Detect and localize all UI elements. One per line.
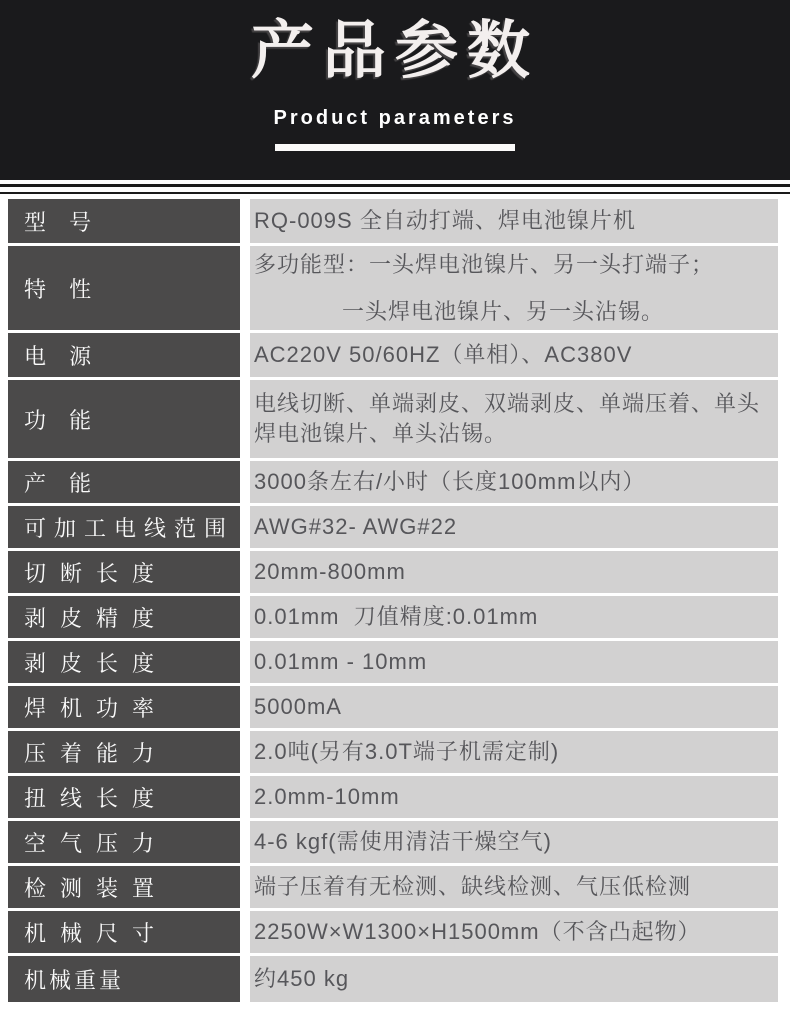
spec-value-model: RQ-009S 全自动打端、焊电池镍片机 [250,199,778,243]
product-parameters-page: 产品参数 Product parameters 型 号 RQ-009S 全自动打… [0,0,790,1011]
spec-label-features: 特 性 [8,246,240,330]
spec-label-stripping-precision: 剥皮精度 [8,596,240,638]
spec-value-dimensions: 2250W×W1300×H1500mm（不含凸起物） [250,911,778,953]
spec-label-wire-range: 可加工电线范围 [8,506,240,548]
spec-label-crimping-force: 压着能力 [8,731,240,773]
spec-label-welder-power: 焊机功率 [8,686,240,728]
spec-row-welder-power: 焊机功率 5000mA [8,686,778,728]
spec-row-crimping-force: 压着能力 2.0吨(另有3.0T端子机需定制) [8,731,778,773]
spec-value-twisting-length: 2.0mm-10mm [250,776,778,818]
spec-value-air-pressure: 4-6 kgf(需使用清洁干燥空气) [250,821,778,863]
spec-label-detection: 检测装置 [8,866,240,908]
spec-label-dimensions: 机械尺寸 [8,911,240,953]
spec-row-cutting-length: 切断长度 20mm-800mm [8,551,778,593]
spec-label-cutting-length: 切断长度 [8,551,240,593]
spec-label-power-supply: 电 源 [8,333,240,377]
spec-row-detection: 检测装置 端子压着有无检测、缺线检测、气压低检测 [8,866,778,908]
spec-value-welder-power: 5000mA [250,686,778,728]
spec-row-functions: 功 能 电线切断、单端剥皮、双端剥皮、单端压着、单头焊电池镍片、单头沾锡。 [8,380,778,458]
spec-label-functions: 功 能 [8,380,240,458]
divider-line-bottom [0,192,790,194]
features-line-2: 一头焊电池镍片、另一头沾锡。 [254,299,664,325]
spec-value-wire-range: AWG#32- AWG#22 [250,506,778,548]
page-subtitle: Product parameters [0,107,790,129]
spec-row-air-pressure: 空气压力 4-6 kgf(需使用清洁干燥空气) [8,821,778,863]
spec-row-features: 特 性 多功能型：一头焊电池镍片、另一头打端子； 一头焊电池镍片、另一头沾锡。 [8,246,778,330]
spec-row-weight: 机械重量 约450 kg [8,956,778,1002]
spec-label-weight: 机械重量 [8,956,240,1002]
spec-row-stripping-precision: 剥皮精度 0.01mm 刀值精度:0.01mm [8,596,778,638]
spec-value-features: 多功能型：一头焊电池镍片、另一头打端子； 一头焊电池镍片、另一头沾锡。 [250,246,778,330]
spec-row-model: 型 号 RQ-009S 全自动打端、焊电池镍片机 [8,199,778,243]
title-underline-bar [275,144,515,151]
spec-row-dimensions: 机械尺寸 2250W×W1300×H1500mm（不含凸起物） [8,911,778,953]
spec-value-crimping-force: 2.0吨(另有3.0T端子机需定制) [250,731,778,773]
spec-value-weight: 约450 kg [250,956,778,1002]
features-line-1: 多功能型：一头焊电池镍片、另一头打端子； [254,252,714,278]
spec-row-twisting-length: 扭线长度 2.0mm-10mm [8,776,778,818]
spec-row-capacity: 产 能 3000条左右/小时（长度100mm以内） [8,461,778,503]
spec-value-cutting-length: 20mm-800mm [250,551,778,593]
spec-value-functions: 电线切断、单端剥皮、双端剥皮、单端压着、单头焊电池镍片、单头沾锡。 [250,380,778,458]
spec-label-stripping-length: 剥皮长度 [8,641,240,683]
spec-value-power-supply: AC220V 50/60HZ（单相）、AC380V [250,333,778,377]
spec-label-twisting-length: 扭线长度 [8,776,240,818]
spec-label-capacity: 产 能 [8,461,240,503]
spec-value-detection: 端子压着有无检测、缺线检测、气压低检测 [250,866,778,908]
spec-row-wire-range: 可加工电线范围 AWG#32- AWG#22 [8,506,778,548]
spec-table: 型 号 RQ-009S 全自动打端、焊电池镍片机 特 性 多功能型：一头焊电池镍… [8,199,778,1002]
spec-value-capacity: 3000条左右/小时（长度100mm以内） [250,461,778,503]
spec-row-power-supply: 电 源 AC220V 50/60HZ（单相）、AC380V [8,333,778,377]
spec-label-model: 型 号 [8,199,240,243]
spec-value-stripping-precision: 0.01mm 刀值精度:0.01mm [250,596,778,638]
spec-row-stripping-length: 剥皮长度 0.01mm - 10mm [8,641,778,683]
header-banner: 产品参数 Product parameters [0,0,790,180]
spec-label-air-pressure: 空气压力 [8,821,240,863]
page-title: 产品参数 [0,0,790,87]
spec-value-stripping-length: 0.01mm - 10mm [250,641,778,683]
